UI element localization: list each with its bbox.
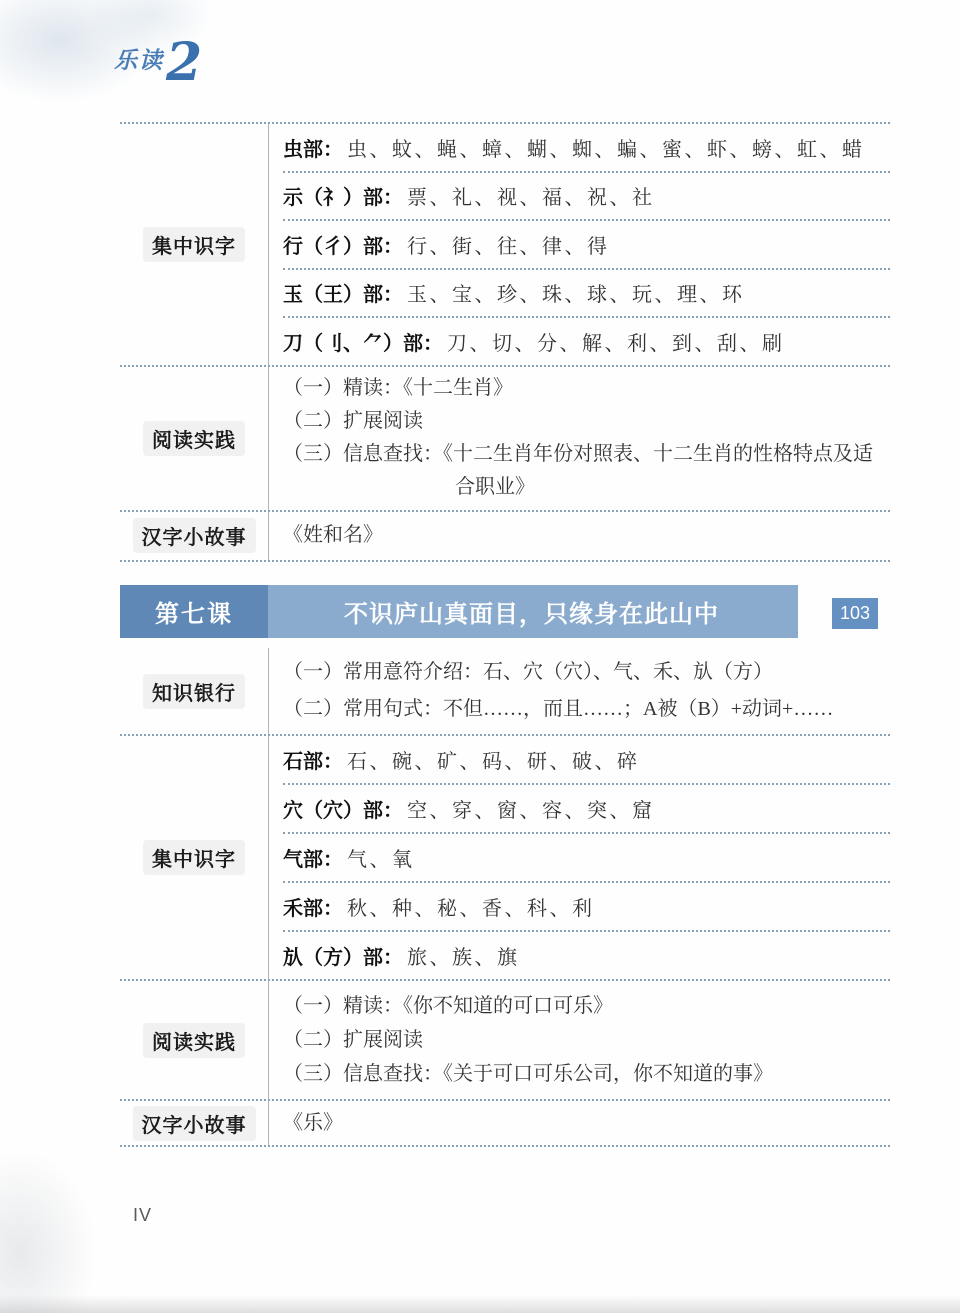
radical-characters: 玉、宝、珍、珠、球、玩、理、环 bbox=[403, 278, 745, 307]
practice-item: （三）信息查找：《关于可口可乐公司，你不知道的事》 bbox=[283, 1057, 890, 1091]
brand-logo-number: 2 bbox=[166, 32, 202, 93]
lesson-banner-bar: 第七课 不识庐山真面目，只缘身在此山中 bbox=[120, 585, 890, 638]
story-title: 《姓和名》 bbox=[283, 519, 890, 552]
section-label-cell: 汉字小故事 bbox=[120, 512, 269, 560]
practice-item: （二）扩展阅读 bbox=[283, 405, 890, 438]
radical-row: 禾部： 秋、种、秘、香、科、利 bbox=[283, 881, 890, 930]
section-label-cell: 阅读实践 bbox=[120, 367, 269, 510]
section-concentrated-literacy: 集中识字 虫部： 虫、蚊、蝇、蟑、蝴、蜘、蝙、蜜、虾、螃、虹、蜡 示（礻）部： … bbox=[120, 124, 890, 365]
knowledge-item: （一）常用意符介绍：石、穴（穴）、气、禾、㫃（方） bbox=[283, 654, 890, 691]
section-label-cell: 知识银行 bbox=[120, 648, 269, 734]
section-character-story: 汉字小故事 《乐》 bbox=[120, 1099, 890, 1145]
section-content: （一）常用意符介绍：石、穴（穴）、气、禾、㫃（方） （二）常用句式：不但……，而… bbox=[269, 648, 890, 734]
radical-head: 刀（刂、⺈）部： bbox=[283, 327, 443, 356]
radical-characters: 空、穿、窗、容、突、窟 bbox=[403, 794, 655, 823]
radical-row: 示（礻）部： 票、礼、视、福、祝、社 bbox=[283, 171, 890, 220]
radical-row: 玉（王）部： 玉、宝、珍、珠、球、玩、理、环 bbox=[283, 268, 890, 317]
section-content: 《乐》 bbox=[269, 1101, 890, 1145]
brand-logo: 乐读2 bbox=[114, 42, 200, 75]
radical-head: 示（礻）部： bbox=[283, 181, 403, 210]
section-content: （一）精读：《你不知道的可口可乐》 （二）扩展阅读 （三）信息查找：《关于可口可… bbox=[269, 981, 890, 1099]
footer-page-number: IV bbox=[133, 1205, 152, 1226]
radical-head: 玉（王）部： bbox=[283, 278, 403, 307]
knowledge-item: （二）常用句式：不但……，而且……；A被（B）+动词+…… bbox=[283, 691, 890, 728]
radical-characters: 秋、种、秘、香、科、利 bbox=[343, 892, 595, 921]
radical-row: 石部： 石、碗、矿、码、研、破、碎 bbox=[283, 736, 890, 783]
radical-characters: 虫、蚊、蝇、蟑、蝴、蜘、蝙、蜜、虾、螃、虹、蜡 bbox=[343, 133, 865, 162]
radical-row: 㫃（方）部： 旅、族、旗 bbox=[283, 930, 890, 979]
section-concentrated-literacy: 集中识字 石部： 石、碗、矿、码、研、破、碎 穴（穴）部： 空、穿、窗、容、突、… bbox=[120, 734, 890, 979]
section-reading-practice: 阅读实践 （一）精读：《十二生肖》 （二）扩展阅读 （三）信息查找：《十二生肖年… bbox=[120, 365, 890, 510]
radical-characters: 行、街、往、律、得 bbox=[403, 230, 610, 259]
section-label-cell: 集中识字 bbox=[120, 124, 269, 365]
radical-characters: 票、礼、视、福、祝、社 bbox=[403, 181, 655, 210]
lesson-title: 不识庐山真面目，只缘身在此山中 bbox=[268, 585, 798, 638]
radical-head: 气部： bbox=[283, 843, 343, 872]
lesson-summary-table-2: 知识银行 （一）常用意符介绍：石、穴（穴）、气、禾、㫃（方） （二）常用句式：不… bbox=[120, 648, 890, 1147]
section-label: 汉字小故事 bbox=[133, 518, 256, 553]
radical-head: 穴（穴）部： bbox=[283, 794, 403, 823]
radical-characters: 旅、族、旗 bbox=[403, 941, 520, 970]
radical-head: 石部： bbox=[283, 745, 343, 774]
section-content: 石部： 石、碗、矿、码、研、破、碎 穴（穴）部： 空、穿、窗、容、突、窟 气部：… bbox=[269, 736, 890, 979]
story-title: 《乐》 bbox=[283, 1107, 890, 1140]
section-label: 汉字小故事 bbox=[133, 1106, 256, 1141]
section-character-story: 汉字小故事 《姓和名》 bbox=[120, 510, 890, 560]
lesson-number: 第七课 bbox=[120, 585, 268, 638]
radical-characters: 气、氧 bbox=[343, 843, 415, 872]
radical-row: 刀（刂、⺈）部： 刀、切、分、解、利、到、刮、刷 bbox=[283, 316, 890, 365]
brand-logo-text: 乐读 bbox=[114, 48, 164, 73]
practice-item: （一）精读：《你不知道的可口可乐》 bbox=[283, 989, 890, 1023]
radical-head: 虫部： bbox=[283, 133, 343, 162]
section-content: 《姓和名》 bbox=[269, 512, 890, 560]
radical-row: 虫部： 虫、蚊、蝇、蟑、蝴、蜘、蝙、蜜、虾、螃、虹、蜡 bbox=[283, 124, 890, 171]
section-label: 知识银行 bbox=[143, 674, 245, 709]
lesson-banner: 第七课 不识庐山真面目，只缘身在此山中 103 bbox=[120, 585, 890, 638]
section-content: （一）精读：《十二生肖》 （二）扩展阅读 （三）信息查找：《十二生肖年份对照表、… bbox=[269, 367, 890, 510]
radical-row: 穴（穴）部： 空、穿、窗、容、突、窟 bbox=[283, 783, 890, 832]
section-label-cell: 集中识字 bbox=[120, 736, 269, 979]
section-content: 虫部： 虫、蚊、蝇、蟑、蝴、蜘、蝙、蜜、虾、螃、虹、蜡 示（礻）部： 票、礼、视… bbox=[269, 124, 890, 365]
radical-characters: 刀、切、分、解、利、到、刮、刷 bbox=[443, 327, 785, 356]
page-number-badge: 103 bbox=[832, 598, 878, 629]
practice-item: （二）扩展阅读 bbox=[283, 1023, 890, 1057]
section-knowledge-bank: 知识银行 （一）常用意符介绍：石、穴（穴）、气、禾、㫃（方） （二）常用句式：不… bbox=[120, 648, 890, 734]
section-label-cell: 汉字小故事 bbox=[120, 1101, 269, 1145]
radical-row: 行（彳）部： 行、街、往、律、得 bbox=[283, 219, 890, 268]
section-label: 阅读实践 bbox=[143, 421, 245, 456]
practice-item-continuation: 合职业》 bbox=[283, 471, 890, 504]
radical-characters: 石、碗、矿、码、研、破、碎 bbox=[343, 745, 640, 774]
section-label-cell: 阅读实践 bbox=[120, 981, 269, 1099]
radical-row: 气部： 气、氧 bbox=[283, 832, 890, 881]
section-label: 集中识字 bbox=[143, 840, 245, 875]
section-label: 集中识字 bbox=[143, 227, 245, 262]
section-label: 阅读实践 bbox=[143, 1023, 245, 1058]
radical-head: 行（彳）部： bbox=[283, 230, 403, 259]
radical-head: 㫃（方）部： bbox=[283, 941, 403, 970]
practice-item: （一）精读：《十二生肖》 bbox=[283, 372, 890, 405]
lesson-summary-table-1: 集中识字 虫部： 虫、蚊、蝇、蟑、蝴、蜘、蝙、蜜、虾、螃、虹、蜡 示（礻）部： … bbox=[120, 122, 890, 562]
radical-head: 禾部： bbox=[283, 892, 343, 921]
section-reading-practice: 阅读实践 （一）精读：《你不知道的可口可乐》 （二）扩展阅读 （三）信息查找：《… bbox=[120, 979, 890, 1099]
practice-item: （三）信息查找：《十二生肖年份对照表、十二生肖的性格特点及适 bbox=[283, 438, 890, 471]
scan-shadow-bottom bbox=[0, 1295, 960, 1313]
